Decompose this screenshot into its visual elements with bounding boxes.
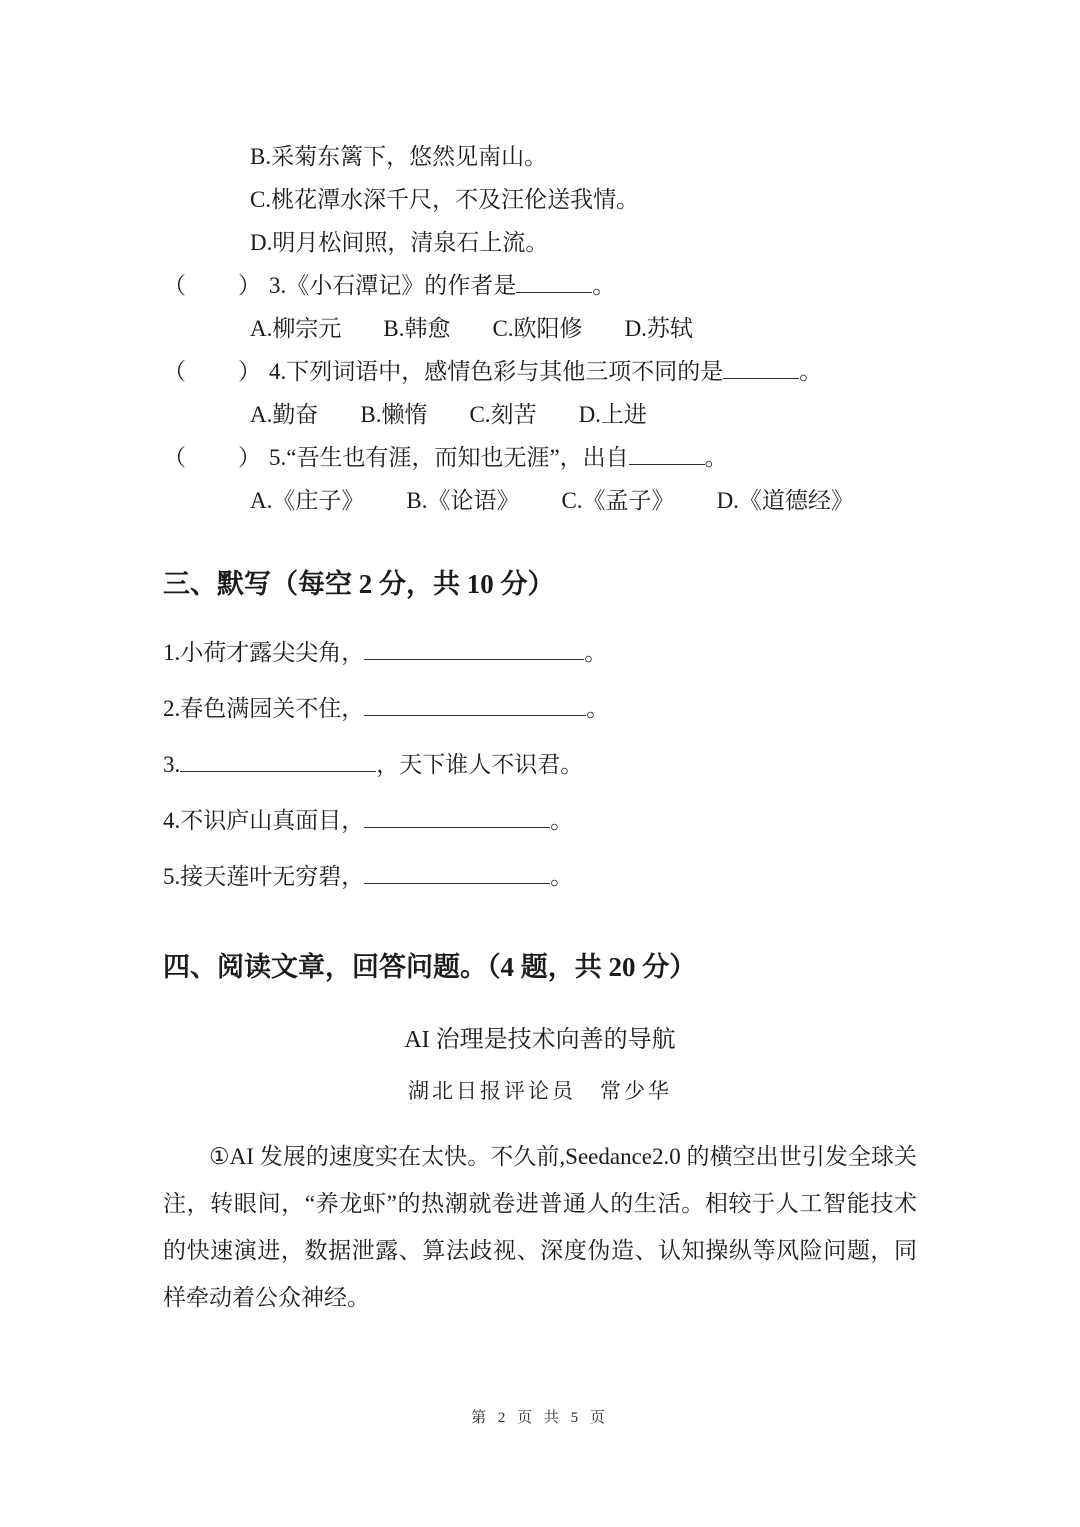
answer-blank — [364, 822, 550, 828]
dictation-pre: 4.不识庐山真面目， — [163, 808, 364, 833]
answer-blank — [364, 710, 586, 716]
dictation-item-1: 1.小荷才露尖尖角，。 — [163, 641, 917, 665]
dictation-item-2: 2.春色满园关不住，。 — [163, 697, 917, 721]
answer-blank — [629, 459, 705, 465]
page-content: B.采菊东篱下，悠然见南山。 C.桃花潭水深千尺，不及汪伦送我情。 D.明月松间… — [163, 0, 917, 1344]
dictation-pre: 1.小荷才露尖尖角， — [163, 640, 364, 665]
mcq-options-4: A.勤奋 B.懒惰 C.刻苦 D.上进 — [250, 403, 917, 427]
option-c: C.刻苦 — [469, 403, 536, 427]
mcq-question-5: （ ） 5.“吾生也有涯，而知也无涯”，出自 。 — [163, 446, 917, 470]
dictation-item-4: 4.不识庐山真面目，。 — [163, 809, 917, 833]
option-d: D.上进 — [579, 403, 647, 427]
exam-page: { "page": { "background": "#ffffff", "te… — [0, 0, 1080, 1527]
mcq-option-line: D.明月松间照，清泉石上流。 — [250, 231, 917, 255]
question-stem: 4.下列词语中，感情色彩与其他三项不同的是 — [269, 360, 723, 384]
option-b: B.《论语》 — [406, 489, 519, 513]
option-c: C.欧阳修 — [492, 317, 582, 341]
dictation-post: 。 — [584, 640, 607, 665]
article-title: AI 治理是技术向善的导航 — [163, 1028, 917, 1053]
option-a: A.《庄子》 — [250, 489, 364, 513]
option-d: D.苏轼 — [625, 317, 693, 341]
option-a: A.勤奋 — [250, 403, 318, 427]
option-b: B.懒惰 — [360, 403, 427, 427]
page-footer: 第 2 页 共 5 页 — [0, 1406, 1080, 1427]
question-stem-tail: 。 — [705, 446, 728, 470]
answer-bracket: （ ） — [163, 274, 263, 298]
answer-bracket: （ ） — [163, 446, 263, 470]
option-c: C.《孟子》 — [561, 489, 674, 513]
answer-blank — [364, 878, 550, 884]
dictation-item-3: 3.，天下谁人不识君。 — [163, 753, 917, 777]
mcq-options-3: A.柳宗元 B.韩愈 C.欧阳修 D.苏轼 — [250, 317, 917, 341]
answer-blank — [364, 654, 584, 660]
mcq-option-line: C.桃花潭水深千尺，不及汪伦送我情。 — [250, 188, 917, 212]
question-stem-tail: 。 — [592, 274, 615, 298]
section-heading-dictation: 三、默写（每空 2 分，共 10 分） — [163, 570, 917, 598]
dictation-pre: 3. — [163, 752, 180, 777]
article-byline: 湖北日报评论员 常少华 — [163, 1080, 917, 1102]
dictation-post: 。 — [550, 808, 573, 833]
answer-bracket: （ ） — [163, 360, 263, 384]
option-d: D.《道德经》 — [717, 489, 854, 513]
question-stem: 5.“吾生也有涯，而知也无涯”，出自 — [269, 446, 629, 470]
article-paragraph-1: ①AI 发展的速度实在太快。不久前,Seedance2.0 的横空出世引发全球关… — [163, 1133, 917, 1321]
dictation-post: 。 — [586, 696, 609, 721]
question-stem: 3.《小石潭记》的作者是 — [269, 274, 516, 298]
mcq-question-3: （ ） 3.《小石潭记》的作者是 。 — [163, 274, 917, 298]
dictation-post: 。 — [550, 864, 573, 889]
answer-blank — [723, 373, 799, 379]
dictation-pre: 2.春色满园关不住， — [163, 696, 364, 721]
option-a: A.柳宗元 — [250, 317, 341, 341]
dictation-post: ，天下谁人不识君。 — [376, 752, 583, 777]
option-b: B.韩愈 — [383, 317, 450, 341]
section-heading-reading: 四、阅读文章，回答问题。（4 题，共 20 分） — [163, 953, 917, 981]
dictation-item-5: 5.接天莲叶无穷碧，。 — [163, 865, 917, 889]
answer-blank — [180, 766, 376, 772]
dictation-list: 1.小荷才露尖尖角，。 2.春色满园关不住，。 3.，天下谁人不识君。 4.不识… — [163, 641, 917, 889]
mcq-option-line: B.采菊东篱下，悠然见南山。 — [250, 145, 917, 169]
question-stem-tail: 。 — [799, 360, 822, 384]
dictation-pre: 5.接天莲叶无穷碧， — [163, 864, 364, 889]
mcq-question-4: （ ） 4.下列词语中，感情色彩与其他三项不同的是 。 — [163, 360, 917, 384]
answer-blank — [516, 287, 592, 293]
mcq-options-5: A.《庄子》 B.《论语》 C.《孟子》 D.《道德经》 — [250, 489, 917, 513]
